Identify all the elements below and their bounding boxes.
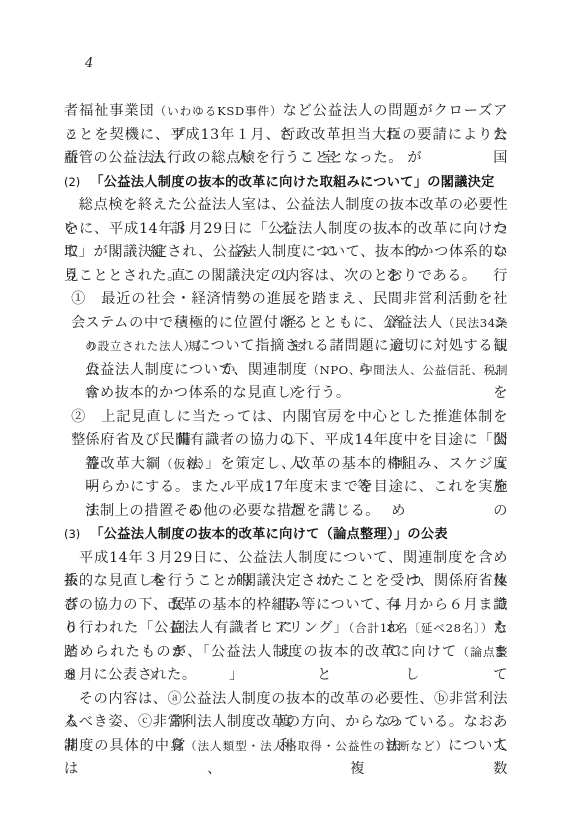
heading-number: (3) (64, 527, 80, 541)
text-line: 者の協力の下、改革の基本的枠組み等について、４月から６月まで６回にわた (64, 594, 508, 618)
text-line: ことを契機に、平成13年１月、行政改革担当大臣の要請により公益法人室が国 (64, 124, 508, 148)
heading-number: (2) (64, 175, 80, 189)
text-line: ② 上記見直しに当たっては、内閣官房を中心とした推進体制を整備し、関 (64, 406, 508, 430)
text-line: 明らかにする。また、平成17年度末までを目途に、これを実施するための (64, 476, 508, 500)
text-line: り設立された法人）について指摘される諸問題に適切に対処する観点から、 (64, 335, 508, 359)
text-run: 者福祉事業団 (64, 103, 155, 119)
text-run: 含め抜本的かつ体系的な見直しを行う。 (85, 385, 350, 401)
text-run: 所管の公益法人行政の総点検を行うこととなった。 (64, 150, 403, 166)
text-run: （仮称） (161, 457, 205, 471)
text-run: うこととされた。この閣議決定の内容は、次のとおりである。 (64, 268, 477, 284)
text-line: ステムの中で積極的に位置付けるとともに、公益法人（民法34条の規定によ (64, 312, 508, 336)
text-run: 」として (229, 667, 508, 683)
document-page: 4 者福祉事業団（いわゆるKSD事件）など公益法人の問題がクローズアップされたこ… (0, 0, 580, 820)
text-line: るべき姿、ⓒ非営利法人制度改革の方向、からなっている。なお、非営利法人 (64, 711, 508, 735)
text-line: 系的な見直しを行うことが閣議決定されたことを受け、関係府省及び民間有識 (64, 570, 508, 594)
text-line: とめられたものが、「公益法人制度の抜本的改革に向けて（論点整理）」として (64, 641, 508, 665)
heading-text: 「公益法人制度の抜本的改革に向けて（論点整理）」の公表 (90, 527, 448, 542)
section-heading: (3)「公益法人制度の抜本的改革に向けて（論点整理）」の公表 (64, 523, 508, 547)
text-run: 制度の具体的中身 (64, 738, 185, 754)
text-run: （合計18名〔延べ28名〕） (348, 621, 493, 635)
text-line: 係府省及び民間有識者の協力の下、平成14年度中を目途に「公益法人制度 (64, 429, 508, 453)
text-line: 公益法人制度について、関連制度（NPO、中間法人、公益信託、税制等）を (64, 359, 508, 383)
text-run: 等改革大綱 (85, 456, 161, 472)
text-line: 者福祉事業団（いわゆるKSD事件）など公益法人の問題がクローズアップされた (64, 100, 508, 124)
page-number: 4 (85, 56, 93, 71)
text-line: 制度の具体的中身（法人類型・法人格取得・公益性の判断など）については、複数 (64, 735, 508, 759)
section-heading: (2)「公益法人制度の抜本的改革に向けた取組みについて」の閣議決定 (64, 171, 508, 195)
text-run: を (493, 385, 508, 401)
text-run: ステムの中で積極的に位置付けるとともに、公益法人 (85, 315, 442, 331)
text-line: て」が閣議決定され、公益法人制度について、抜本的かつ体系的な見直しを行 (64, 241, 508, 265)
text-run: とめられたものが、「公益法人制度の抜本的改革に向けて (64, 644, 457, 660)
document-body: 者福祉事業団（いわゆるKSD事件）など公益法人の問題がクローズアップされたことを… (64, 100, 508, 758)
text-line: いに、平成14年３月29日に「公益法人制度の抜本的改革に向けた取組みについ (64, 218, 508, 242)
text-run: 法制上の措置その他の必要な措置を講じる。 (85, 503, 380, 519)
text-run: 公益法人制度について、関連制度 (85, 362, 307, 378)
text-run: ８月に公表された。 (64, 667, 197, 683)
text-line: うこととされた。この閣議決定の内容は、次のとおりである。 (64, 265, 508, 289)
text-line: 総点検を終えた公益法人室は、公益法人制度の抜本改革の必要性を訴え、つ (64, 194, 508, 218)
text-run: り行われた「公益法人有識者ヒアリング」 (64, 620, 348, 636)
text-line: 平成14年３月29日に、公益法人制度について、関連制度を含め抜本的かつ体 (64, 547, 508, 571)
text-run: り設立された法人） (85, 339, 196, 353)
text-line: 等改革大綱（仮称）」を策定し、改革の基本的枠組み、スケジュール等を (64, 453, 508, 477)
heading-text: 「公益法人制度の抜本的改革に向けた取組みについて」の閣議決定 (90, 175, 494, 190)
text-run: （法人類型・法人格取得・公益性の判断など） (185, 739, 448, 753)
text-line: その内容は、ⓐ公益法人制度の抜本的改革の必要性、ⓑ非営利法人制度のあ (64, 688, 508, 712)
text-line: ① 最近の社会・経済情勢の進展を踏まえ、民間非営利活動を社会・経済シ (64, 288, 508, 312)
text-line: り行われた「公益法人有識者ヒアリング」（合計18名〔延べ28名〕）も踏まえてま (64, 617, 508, 641)
text-run: （いわゆるKSD事件） (155, 104, 283, 118)
